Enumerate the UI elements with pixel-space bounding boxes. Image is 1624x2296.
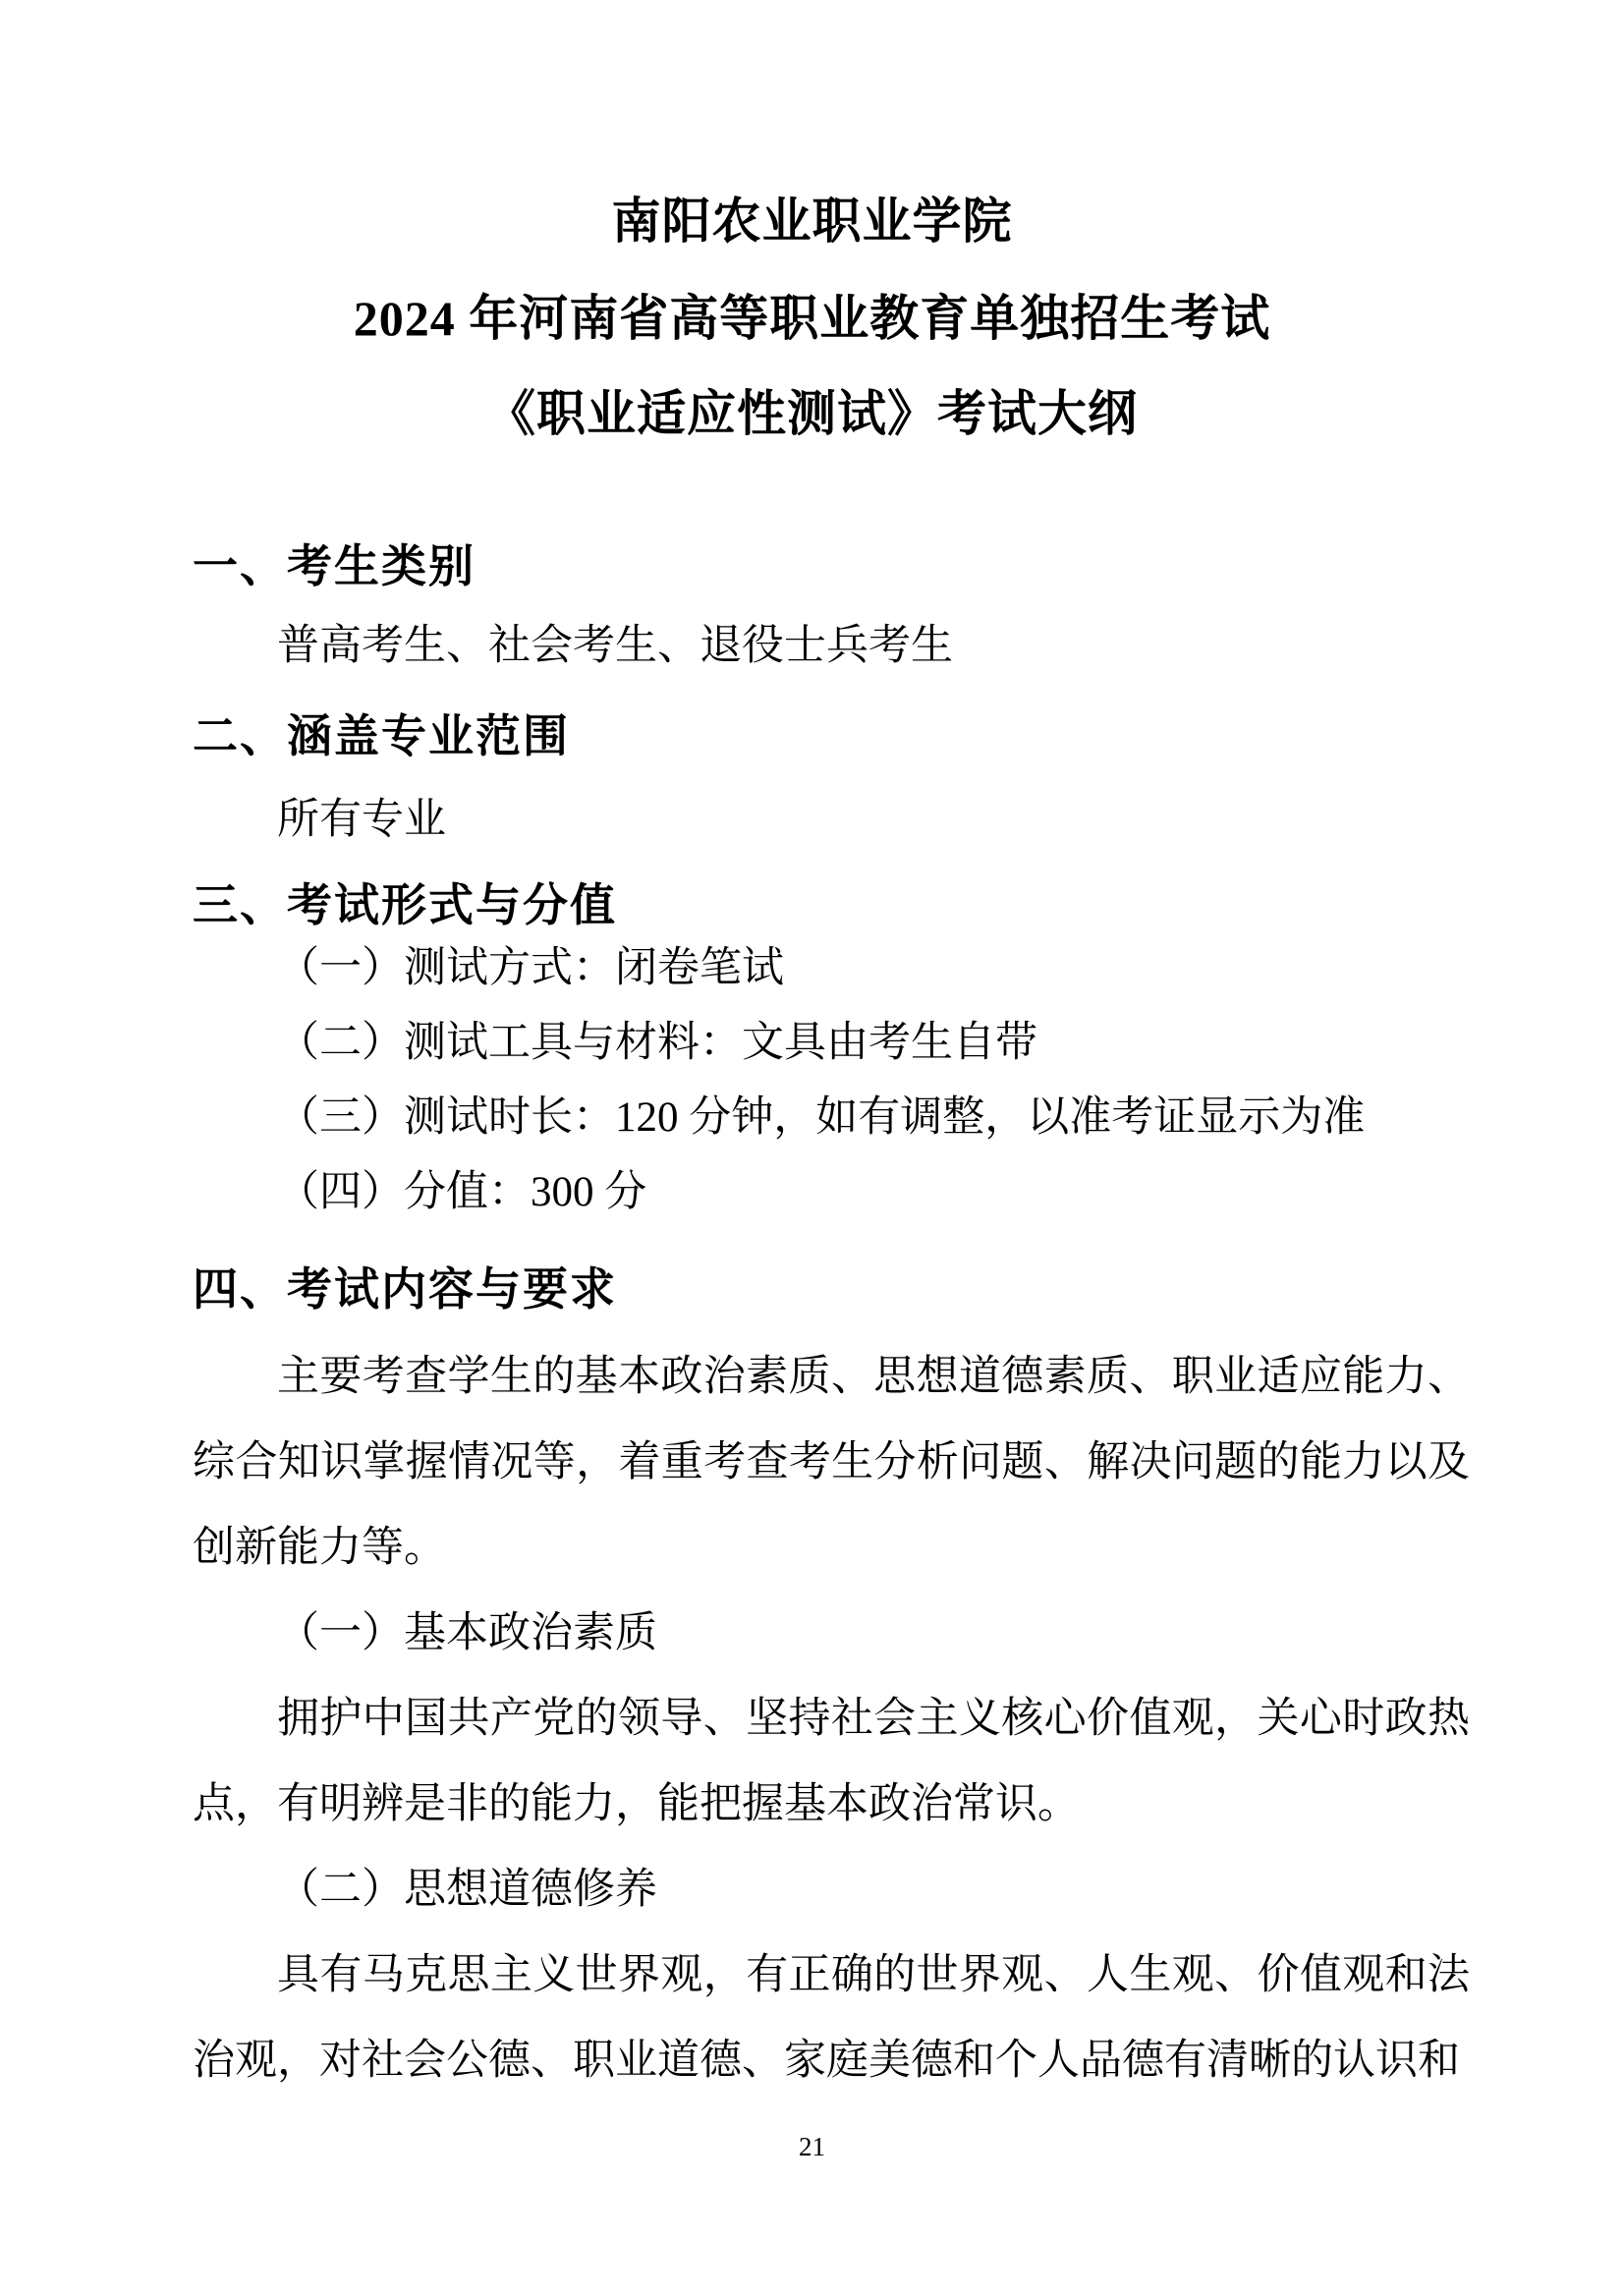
- document-page: 南阳农业职业学院 2024 年河南省高等职业教育单独招生考试 《职业适应性测试》…: [0, 0, 1624, 2296]
- page-number: 21: [0, 2134, 1624, 2160]
- doc-title-college: 南阳农业职业学院: [0, 196, 1624, 246]
- doc-title-outline: 《职业适应性测试》考试大纲: [0, 389, 1624, 438]
- exam-content-section: 主要考查学生的基本政治素质、思想道德素质、职业适应能力、综合知识掌握情况等，着重…: [193, 1334, 1470, 2103]
- doc-title-exam: 2024 年河南省高等职业教育单独招生考试: [0, 294, 1624, 343]
- section-heading-major-scope: 二、涵盖专业范围: [193, 713, 570, 758]
- paragraph: 具有马克思主义世界观，有正确的世界观、人生观、价值观和法治观，对社会公德、职业道…: [193, 1932, 1470, 2103]
- section-body-major-scope: 所有专业: [193, 797, 1470, 843]
- section-heading-candidate-types: 一、考生类别: [193, 543, 476, 588]
- section-body-candidate-types: 普高考生、社会考生、退役士兵考生: [193, 623, 1470, 669]
- list-item: （三）测试时长：120 分钟，如有调整，以准考证显示为准: [193, 1081, 1470, 1155]
- section-heading-exam-format: 三、考试形式与分值: [193, 882, 617, 927]
- paragraph: 主要考查学生的基本政治素质、思想道德素质、职业适应能力、综合知识掌握情况等，着重…: [193, 1334, 1470, 1591]
- paragraph: 拥护中国共产党的领导、坚持社会主义核心价值观，关心时政热点，有明辨是非的能力，能…: [193, 1676, 1470, 1847]
- subsection-heading-political-quality: （一）基本政治素质: [193, 1591, 1470, 1676]
- exam-format-item-list: （一）测试方式：闭卷笔试 （二）测试工具与材料：文具由考生自带 （三）测试时长：…: [193, 931, 1470, 1230]
- subsection-heading-moral-cultivation: （二）思想道德修养: [193, 1847, 1470, 1932]
- list-item: （四）分值：300 分: [193, 1155, 1470, 1230]
- list-item: （二）测试工具与材料：文具由考生自带: [193, 1006, 1470, 1081]
- section-heading-exam-content: 四、考试内容与要求: [193, 1266, 617, 1312]
- list-item: （一）测试方式：闭卷笔试: [193, 931, 1470, 1006]
